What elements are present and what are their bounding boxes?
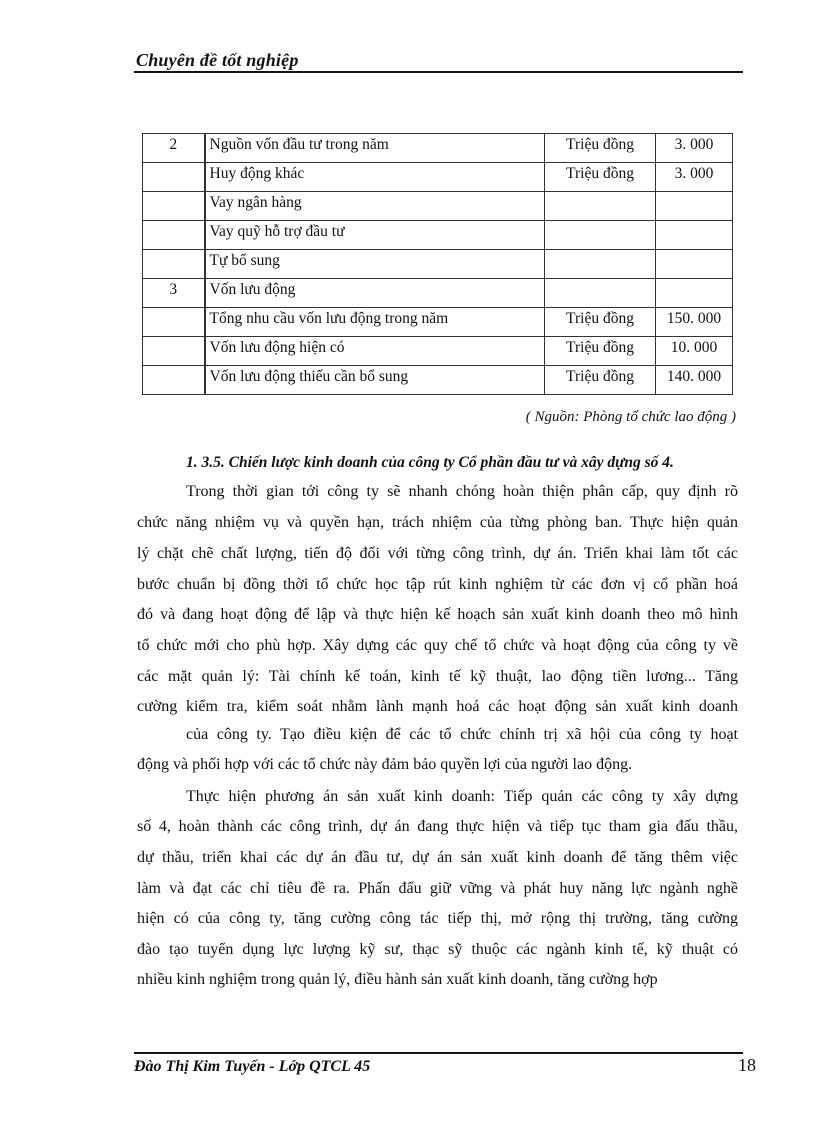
row-unit [545, 250, 656, 279]
row-item: Nguồn vốn đầu tư trong năm [205, 134, 545, 163]
table-row: 3Vốn lưu động [143, 279, 733, 308]
table-row: Tự bổ sung [143, 250, 733, 279]
row-number: 2 [143, 134, 205, 163]
row-unit: Triệu đồng [545, 337, 656, 366]
page-number: 18 [738, 1055, 756, 1076]
row-value [656, 221, 733, 250]
row-item: Vay ngân hàng [205, 192, 545, 221]
row-number [143, 192, 205, 221]
table-row: Vay ngân hàng [143, 192, 733, 221]
row-value: 10. 000 [656, 337, 733, 366]
row-value: 140. 000 [656, 366, 733, 395]
footer-author: Đào Thị Kim Tuyến - Lớp QTCL 45 [134, 1058, 370, 1076]
row-number [143, 221, 205, 250]
row-unit: Triệu đồng [545, 134, 656, 163]
table-source-note: ( Nguồn: Phòng tổ chức lao động ) [526, 409, 736, 426]
row-value: 3. 000 [656, 163, 733, 192]
row-item: Vốn lưu động thiếu cần bổ sung [205, 366, 545, 395]
footer-rule [134, 1052, 743, 1054]
paragraph-line: chức năng nhiệm vụ và quyền hạn, trách n… [137, 513, 738, 533]
header-rule [134, 71, 743, 73]
paragraph-line: dự thầu, triển khai các dự án đầu tư, dự… [137, 848, 738, 868]
paragraph-line: đó và đang hoạt động để lập và thực hiện… [137, 605, 738, 625]
paragraph-line: cường kiểm tra, kiểm soát nhằm lành mạnh… [137, 697, 738, 717]
paragraph-line: nhiều kinh nghiệm trong quản lý, điều hà… [137, 970, 738, 990]
row-unit [545, 221, 656, 250]
table-row: Vay quỹ hỗ trợ đầu tư [143, 221, 733, 250]
paragraph-line: Thực hiện phương án sản xuất kinh doanh:… [186, 787, 738, 807]
paragraph-line: hiện có của công ty, tăng cường công tác… [137, 909, 738, 929]
paragraph-line: tổ chức mới cho phù hợp. Xây dựng các qu… [137, 636, 738, 656]
row-item: Tự bổ sung [205, 250, 545, 279]
running-header-title: Chuyên đề tốt nghiệp [136, 50, 299, 71]
paragraph-line: số 4, hoàn thành các công trình, dự án đ… [137, 817, 738, 837]
section-heading: 1. 3.5. Chiến lược kinh doanh của công t… [186, 454, 674, 472]
row-unit [545, 192, 656, 221]
paragraph-line: đào tạo tuyển dụng lực lượng kỹ sư, thạc… [137, 940, 738, 960]
paragraph-line: của công ty. Tạo điều kiện để các tổ chứ… [186, 725, 738, 745]
table-row: Vốn lưu động thiếu cần bổ sungTriệu đồng… [143, 366, 733, 395]
row-unit [545, 279, 656, 308]
table-row: Huy động khácTriệu đồng3. 000 [143, 163, 733, 192]
paragraph-line: động và phối hợp với các tổ chức này đảm… [137, 755, 738, 775]
row-number [143, 308, 205, 337]
row-number [143, 366, 205, 395]
capital-table: 2Nguồn vốn đầu tư trong nămTriệu đồng3. … [142, 133, 733, 395]
table-row: Vốn lưu động hiện cóTriệu đồng10. 000 [143, 337, 733, 366]
row-number: 3 [143, 279, 205, 308]
row-value [656, 279, 733, 308]
row-item: Vay quỹ hỗ trợ đầu tư [205, 221, 545, 250]
row-unit: Triệu đồng [545, 163, 656, 192]
paragraph-line: lý chặt chẽ chất lượng, tiến độ đối với … [137, 544, 738, 564]
paragraph-line: làm và đạt các chỉ tiêu đề ra. Phấn đấu … [137, 879, 738, 899]
row-item: Vốn lưu động [205, 279, 545, 308]
row-number [143, 337, 205, 366]
table-row: 2Nguồn vốn đầu tư trong nămTriệu đồng3. … [143, 134, 733, 163]
row-number [143, 250, 205, 279]
row-value [656, 250, 733, 279]
row-unit: Triệu đồng [545, 366, 656, 395]
row-item: Tổng nhu cầu vốn lưu động trong năm [205, 308, 545, 337]
row-value: 150. 000 [656, 308, 733, 337]
row-item: Huy động khác [205, 163, 545, 192]
row-unit: Triệu đồng [545, 308, 656, 337]
paragraph-line: các mặt quản lý: Tài chính kế toán, kinh… [137, 667, 738, 687]
table-row: Tổng nhu cầu vốn lưu động trong nămTriệu… [143, 308, 733, 337]
row-item: Vốn lưu động hiện có [205, 337, 545, 366]
row-value: 3. 000 [656, 134, 733, 163]
row-number [143, 163, 205, 192]
paragraph-line: bước chuẩn bị đồng thời tổ chức học tập … [137, 575, 738, 595]
paragraph-line: Trong thời gian tới công ty sẽ nhanh chó… [186, 482, 738, 502]
row-value [656, 192, 733, 221]
